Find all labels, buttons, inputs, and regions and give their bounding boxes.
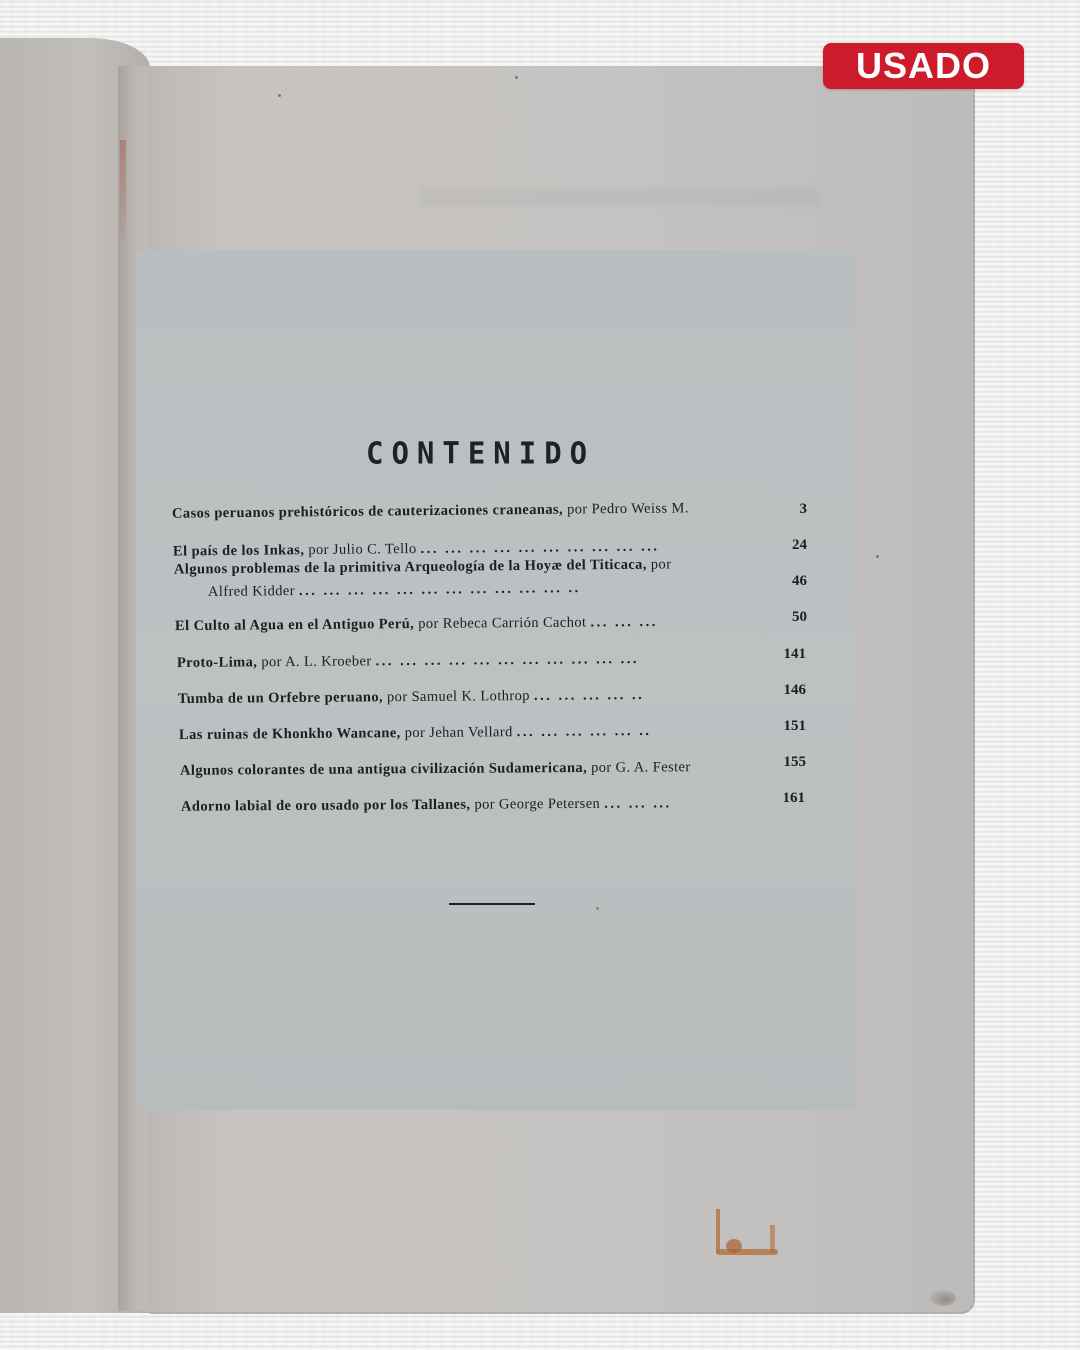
toc-entry-page: 155 xyxy=(766,754,806,771)
toc-entry: Adorno labial de oro usado por los Talla… xyxy=(181,795,672,815)
used-condition-badge: USADO xyxy=(823,43,1024,89)
toc-entry-page: 146 xyxy=(766,682,806,699)
toc-entry-page: 24 xyxy=(767,537,807,554)
toc-leader-dots: ... ... ... ... ... ... ... ... ... ... … xyxy=(299,580,581,599)
toc-entry-author: por Julio C. Tello xyxy=(308,541,416,558)
toc-entry: El Culto al Agua en el Antiguo Perú, por… xyxy=(175,614,658,635)
paper-speck xyxy=(596,907,599,910)
toc-entry-title: El Culto al Agua en el Antiguo Perú, xyxy=(175,616,414,634)
toc-leader-dots: ... ... ... xyxy=(590,614,658,631)
toc-entry-title: Adorno labial de oro usado por los Talla… xyxy=(181,797,471,815)
toc-entry-title: Proto-Lima, xyxy=(177,654,257,671)
page-corner-curl xyxy=(930,1290,956,1306)
toc-entry-page: 161 xyxy=(765,790,805,807)
toc-entry-page: 46 xyxy=(767,573,807,590)
toc-entry-page: 50 xyxy=(767,609,807,626)
paper-speck xyxy=(515,76,518,79)
rust-stain xyxy=(712,1205,782,1267)
toc-entry: Las ruinas de Khonkho Wancane, por Jehan… xyxy=(179,723,652,744)
toc-entry-title: Tumba de un Orfebre peruano, xyxy=(178,689,383,707)
toc-entry-page: 3 xyxy=(767,501,807,518)
toc-entry-author: por Pedro Weiss M. xyxy=(567,500,689,517)
toc-entry-author: por Rebeca Carrión Cachot xyxy=(418,615,586,632)
toc-leader-dots: ... ... ... ... ... ... ... ... ... ... xyxy=(421,538,660,557)
paper-speck xyxy=(278,94,281,97)
paper-speck xyxy=(876,555,879,558)
toc-entry: Algunos colorantes de una antigua civili… xyxy=(180,759,691,780)
toc-leader-dots: ... ... ... ... ... .. xyxy=(517,723,652,740)
toc-leader-dots: ... ... ... ... ... ... ... ... ... ... … xyxy=(376,651,640,669)
toc-entry-author: por George Petersen xyxy=(474,796,600,813)
badge-label: USADO xyxy=(856,45,991,87)
toc-entry: Tumba de un Orfebre peruano, por Samuel … xyxy=(178,687,644,708)
toc-entry-author: por A. L. Kroeber xyxy=(261,653,371,670)
toc-entry-author: por Jehan Vellard xyxy=(405,724,513,741)
toc-entry-title: Las ruinas de Khonkho Wancane, xyxy=(179,725,401,743)
table-of-contents: Casos peruanos prehistóricos de cauteriz… xyxy=(0,0,1080,1350)
toc-entry: Casos peruanos prehistóricos de cauteriz… xyxy=(172,500,689,522)
toc-entry-continuation: Alfred Kidder ... ... ... ... ... ... ..… xyxy=(208,580,581,601)
divider-rule xyxy=(449,903,535,905)
toc-entry-author: Alfred Kidder xyxy=(208,583,295,600)
toc-entry-page: 151 xyxy=(766,718,806,735)
toc-entry: Proto-Lima, por A. L. Kroeber ... ... ..… xyxy=(177,651,639,672)
toc-entry-title: Casos peruanos prehistóricos de cauteriz… xyxy=(172,502,563,522)
toc-leader-dots: ... ... ... ... .. xyxy=(534,687,644,704)
toc-entry-author: por Samuel K. Lothrop xyxy=(387,688,530,705)
toc-entry-page: 141 xyxy=(766,646,806,663)
bleed-through-caption xyxy=(338,1128,678,1140)
toc-entry-title: Algunos colorantes de una antigua civili… xyxy=(180,760,587,779)
toc-leader-dots: ... ... ... xyxy=(604,795,671,811)
toc-entry-title: El país de los Inkas, xyxy=(173,542,304,559)
toc-entry-author: por xyxy=(651,556,672,572)
toc-entry-author: por G. A. Fester xyxy=(591,759,691,776)
